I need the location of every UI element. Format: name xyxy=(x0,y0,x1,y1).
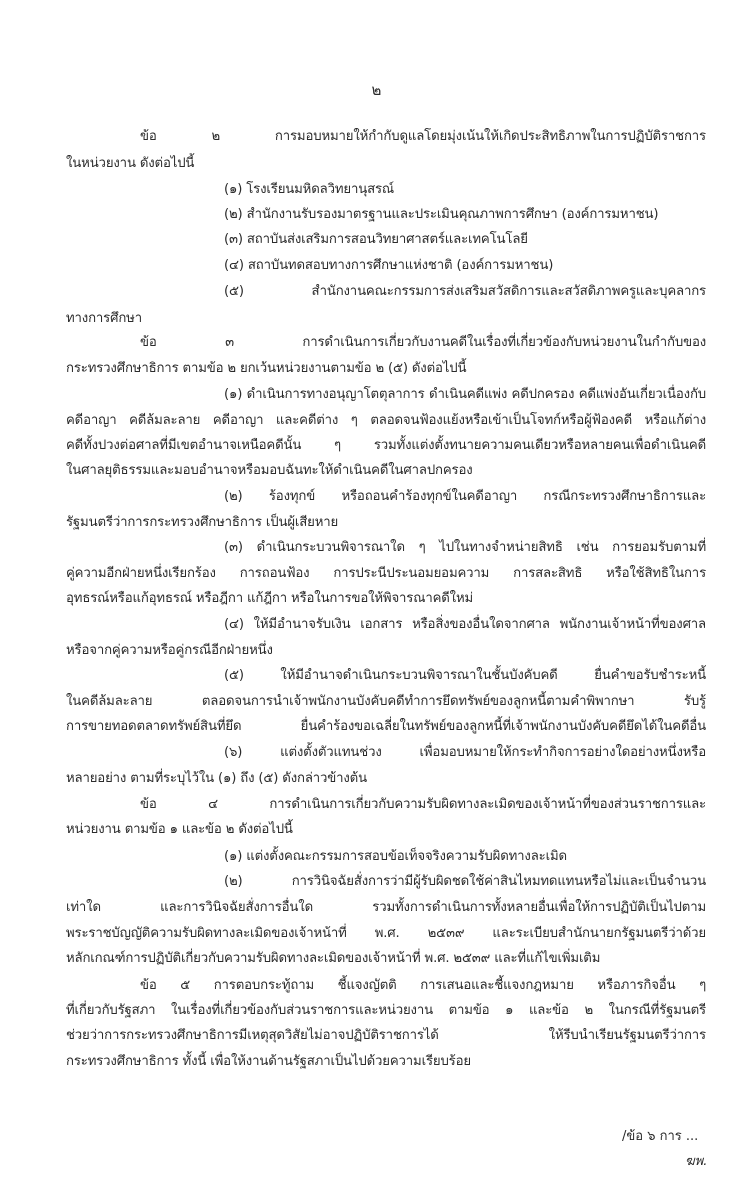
document-line: (๕) ให้มีอำนาจดำเนินกระบวนพิจารณาในชั้นบ… xyxy=(224,666,706,686)
document-line: (๒) ร้องทุกข์ หรือถอนคำร้องทุกข์ในคดีอาญ… xyxy=(224,487,706,507)
document-line: (๓) สถาบันส่งเสริมการสอนวิทยาศาสตร์และเท… xyxy=(224,230,706,250)
document-line: (๖) แต่งตั้งตัวแทนช่วง เพื่อมอบหมายให้กร… xyxy=(224,743,706,763)
document-line: (๔) สถาบันทดสอบทางการศึกษาแห่งชาติ (องค์… xyxy=(224,256,706,276)
document-line: คดีทั้งปวงต่อศาลที่มีเขตอำนาจเหนือคดีนั้… xyxy=(66,436,706,456)
document-line: หน่วยงาน ตามข้อ ๑ และข้อ ๒ ดังต่อไปนี้ xyxy=(66,820,706,840)
document-line: ในคดีล้มละลาย ตลอดจนการนำเจ้าพนักงานบังค… xyxy=(66,692,706,712)
document-line: ทางการศึกษา xyxy=(66,309,706,329)
document-line: กระทรวงศึกษาธิการ ตามข้อ ๒ ยกเว้นหน่วยงา… xyxy=(66,359,706,379)
document-line: (๒) สำนักงานรับรองมาตรฐานและประเมินคุณภา… xyxy=(224,205,706,225)
document-line: ข้อ ๒ การมอบหมายให้กำกับดูแลโดยมุ่งเน้นใ… xyxy=(140,127,706,147)
document-line: ในหน่วยงาน ดังต่อไปนี้ xyxy=(66,154,706,174)
document-line: หลายอย่าง ตามที่ระบุไว้ใน (๑) ถึง (๕) ดั… xyxy=(66,769,706,789)
document-line: กระทรวงศึกษาธิการ ทั้งนี้ เพื่อให้งานด้า… xyxy=(66,1052,706,1072)
document-line: (๒) การวินิจฉัยสั่งการว่ามีผู้รับผิดชดใช… xyxy=(224,872,706,892)
document-line: หรือจากคู่ความหรือคู่กรณีอีกฝ่ายหนึ่ง xyxy=(66,641,706,661)
document-line: ช่วยว่าการกระทรวงศึกษาธิการมีเหตุสุดวิสั… xyxy=(66,1026,706,1046)
document-line: (๔) ให้มีอำนาจรับเงิน เอกสาร หรือสิ่งของ… xyxy=(224,615,706,635)
document-line: ข้อ ๕ การตอบกระทู้ถาม ชี้แจงญัตติ การเสน… xyxy=(140,976,706,996)
signature-initials: ฆพ. xyxy=(685,1150,707,1171)
document-line: ข้อ ๓ การดำเนินการเกี่ยวกับงานคดีในเรื่อ… xyxy=(140,333,706,353)
document-line: (๑) โรงเรียนมหิดลวิทยานุสรณ์ xyxy=(224,180,706,200)
document-line: (๑) แต่งตั้งคณะกรรมการสอบข้อเท็จจริงความ… xyxy=(224,847,706,867)
document-line: (๕) สำนักงานคณะกรรมการส่งเสริมสวัสดิการแ… xyxy=(224,282,706,302)
document-line: คู่ความอีกฝ่ายหนึ่งเรียกร้อง การถอนฟ้อง … xyxy=(66,564,706,584)
document-line: คดีอาญา คดีล้มละลาย คดีอาญา และคดีต่าง ๆ… xyxy=(66,411,706,431)
document-line: ที่เกี่ยวกับรัฐสภา ในเรื่องที่เกี่ยวข้อง… xyxy=(66,1001,706,1021)
document-line: (๓) ดำเนินกระบวนพิจารณาใด ๆ ไปในทางจำหน่… xyxy=(224,538,706,558)
document-line: หลักเกณฑ์การปฏิบัติเกี่ยวกับความรับผิดทา… xyxy=(66,949,706,969)
document-line: (๑) ดำเนินการทางอนุญาโตตุลาการ ดำเนินคดี… xyxy=(224,385,706,405)
document-line: ในศาลยุติธรรมและมอบอำนาจหรือมอบฉันทะให้ด… xyxy=(66,461,706,481)
document-line: รัฐมนตรีว่าการกระทรวงศึกษาธิการ เป็นผู้เ… xyxy=(66,513,706,533)
document-line: เท่าใด และการวินิจฉัยสั่งการอื่นใด รวมทั… xyxy=(66,898,706,918)
page-number: ๒ xyxy=(0,78,753,102)
continuation-marker: /ข้อ ๖ การ ... xyxy=(622,1125,698,1146)
document-page: ๒ ข้อ ๒ การมอบหมายให้กำกับดูแลโดยมุ่งเน้… xyxy=(0,0,753,1200)
document-line: การขายทอดตลาดทรัพย์สินที่ยึด ยื่นคำร้องข… xyxy=(66,717,706,737)
document-line: อุทธรณ์หรือแก้อุทธรณ์ หรือฎีกา แก้ฎีกา ห… xyxy=(66,589,706,609)
document-line: พระราชบัญญัติความรับผิดทางละเมิดของเจ้าห… xyxy=(66,924,706,944)
document-line: ข้อ ๔ การดำเนินการเกี่ยวกับความรับผิดทาง… xyxy=(140,795,706,815)
